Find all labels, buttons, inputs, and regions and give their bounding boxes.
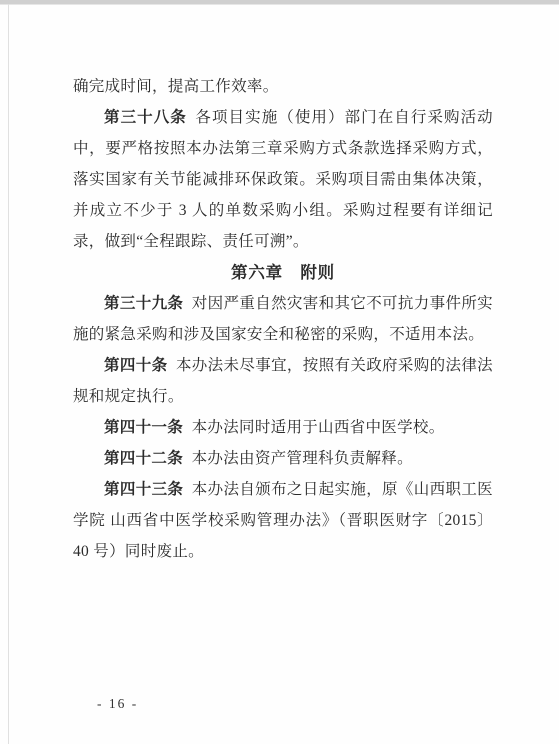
article-42-text: 本办法由资产管理科负责解释。 <box>192 450 413 467</box>
paragraph-article-42: 第四十二条本办法由资产管理科负责解释。 <box>73 443 493 474</box>
document-page: 确完成时间，提高工作效率。 第三十八条各项目实施（使用）部门在自行采购活动中，要… <box>0 0 559 744</box>
paragraph-article-41: 第四十一条本办法同时适用于山西省中医学校。 <box>73 412 493 443</box>
article-39-number: 第三十九条 <box>104 295 183 312</box>
paragraph-continuation: 确完成时间，提高工作效率。 <box>73 71 493 102</box>
article-43-number: 第四十三条 <box>104 481 183 498</box>
paragraph-article-39: 第三十九条对因严重自然灾害和其它不可抗力事件所实施的紧急采购和涉及国家安全和秘密… <box>73 288 493 350</box>
paragraph-article-43: 第四十三条本办法自颁布之日起实施，原《山西职工医学院 山西省中医学校采购管理办法… <box>73 474 493 567</box>
paragraph-article-38: 第三十八条各项目实施（使用）部门在自行采购活动中，要严格按照本办法第三章采购方式… <box>73 102 493 257</box>
page-number: - 16 - <box>97 696 138 712</box>
article-41-text: 本办法同时适用于山西省中医学校。 <box>192 419 445 436</box>
document-body: 确完成时间，提高工作效率。 第三十八条各项目实施（使用）部门在自行采购活动中，要… <box>73 71 493 567</box>
article-38-text: 各项目实施（使用）部门在自行采购活动中，要严格按照本办法第三章采购方式条款选择采… <box>73 109 493 250</box>
article-42-number: 第四十二条 <box>104 450 183 467</box>
paragraph-article-40: 第四十条本办法未尽事宜，按照有关政府采购的法律法规和规定执行。 <box>73 350 493 412</box>
article-40-number: 第四十条 <box>104 357 167 374</box>
scan-left-edge <box>8 4 9 744</box>
scan-top-edge <box>0 0 559 5</box>
article-38-number: 第三十八条 <box>104 109 187 126</box>
paragraph-continuation-text: 确完成时间，提高工作效率。 <box>73 78 279 95</box>
article-41-number: 第四十一条 <box>104 419 183 436</box>
chapter-heading: 第六章 附则 <box>73 257 493 288</box>
